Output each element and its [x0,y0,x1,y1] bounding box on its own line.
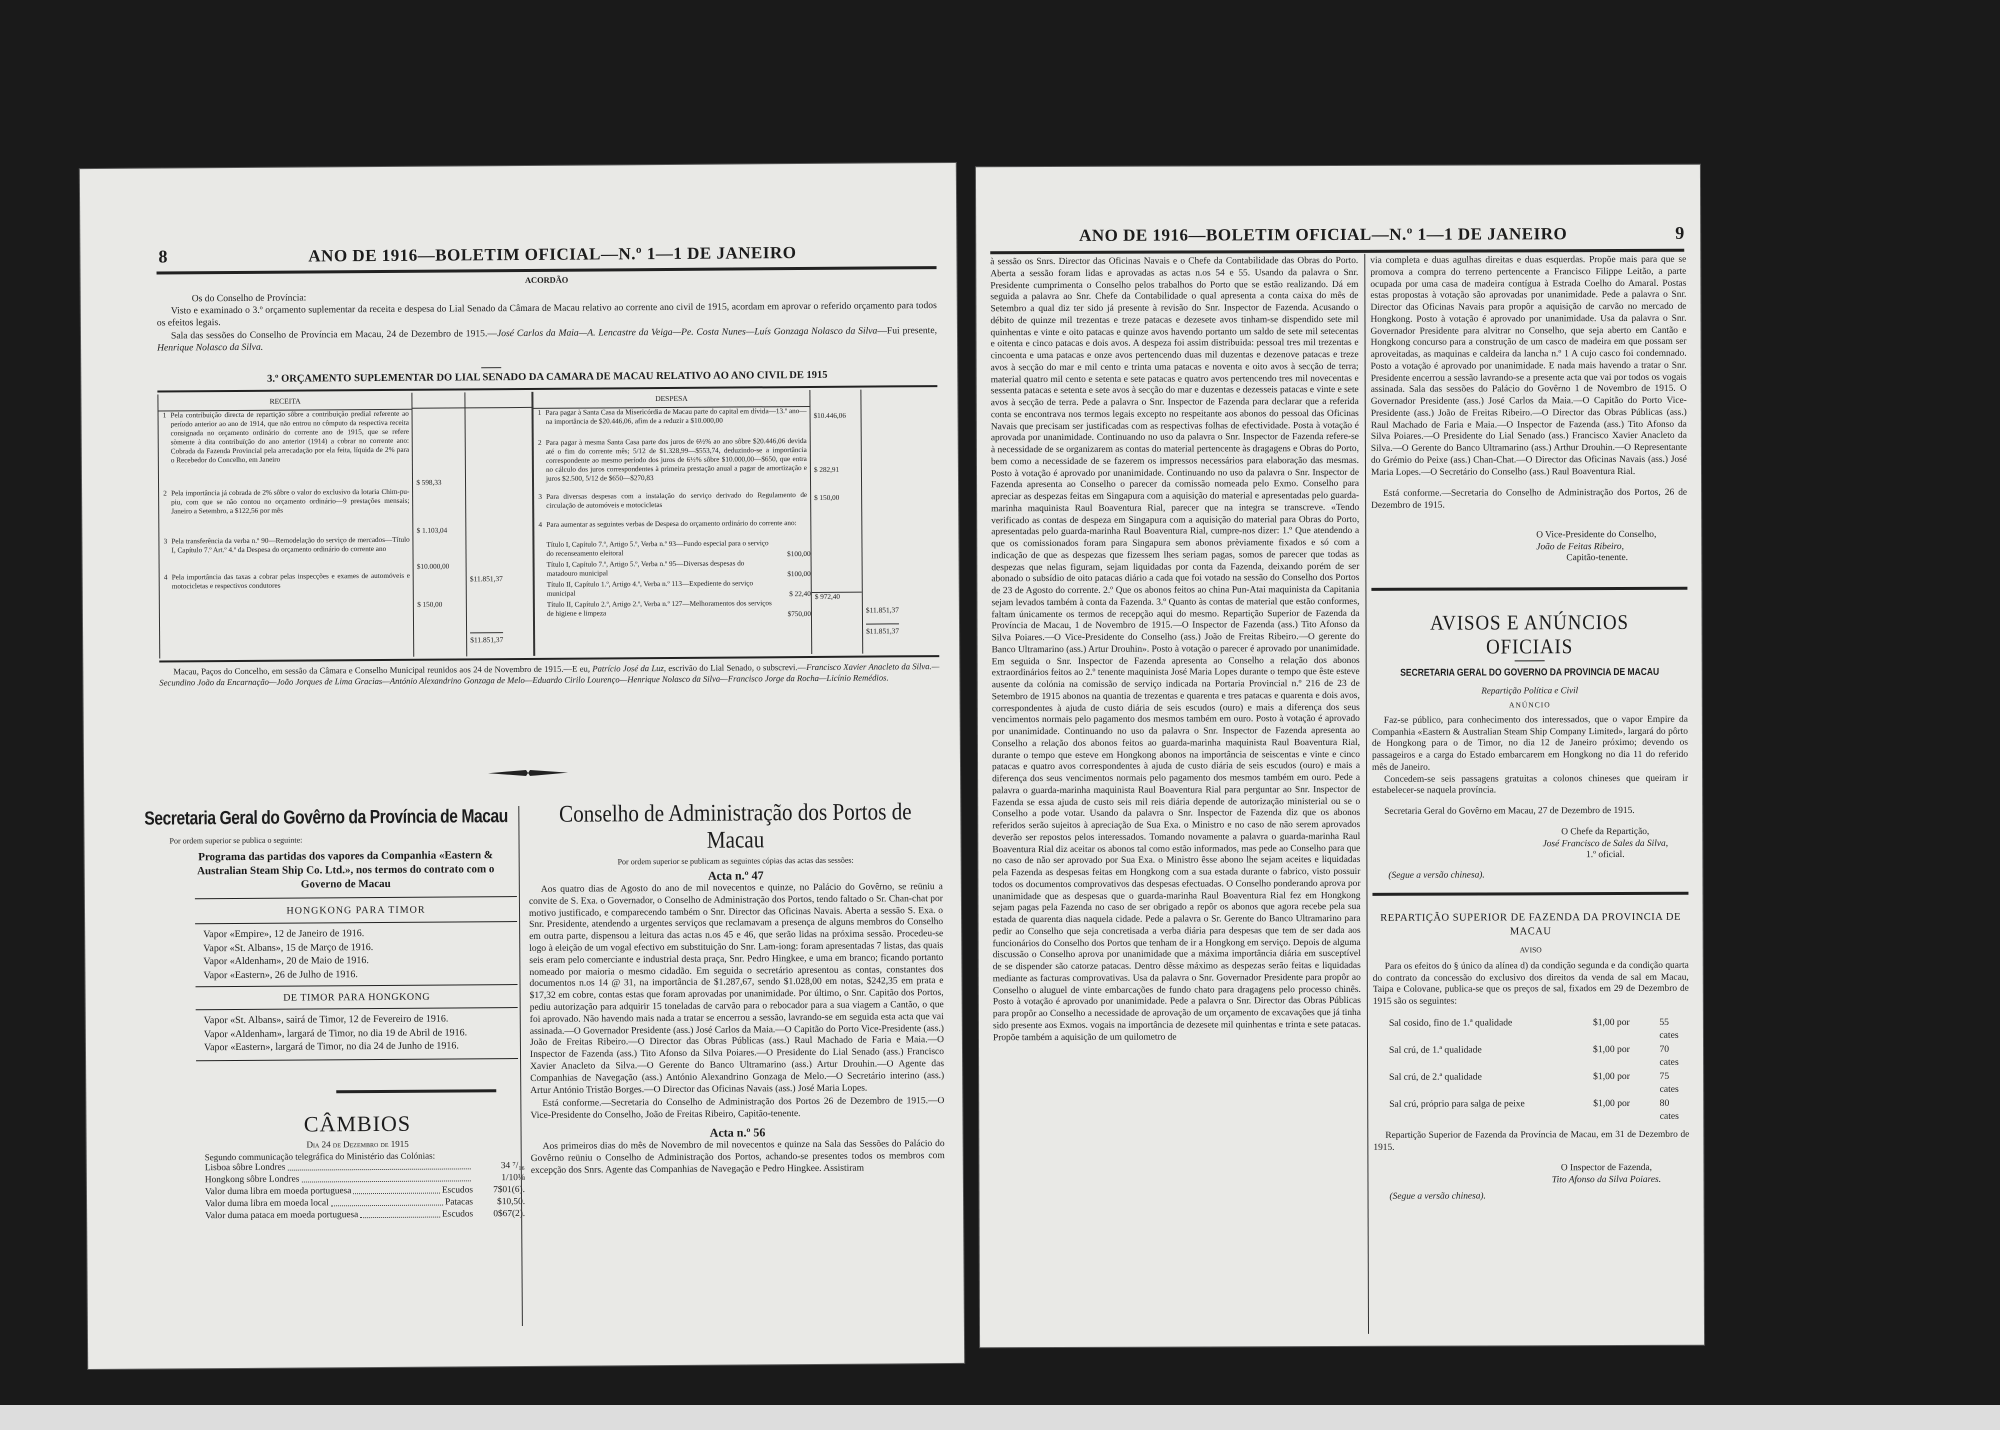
receita-subtotal: $11.851,37 [470,574,503,584]
signature-line: O Vice-Presidente do Conselho, [1536,530,1687,542]
short-rule [481,367,501,368]
fazenda-signature: O Inspector de Fazenda,Tito Afonso da Si… [1523,1163,1689,1187]
route2-title: DE TIMOR PARA HONGKONG [196,991,518,1004]
rate-value: $10,50. [479,1195,525,1207]
route1-title: HONGKONG PARA TIMOR [195,904,517,917]
row-amount: $10.446,06 [810,390,860,420]
cambios-rule [336,1089,496,1093]
despesa-header: DESPESA [533,390,809,409]
secretaria-title: Secretaria Geral do Govêrno da Província… [144,807,449,831]
conselho-portos-section: Conselho de Administração dos Portos de … [528,799,945,1177]
anuncio-place-date: Secretaria Geral do Govêrno em Macau, 27… [1372,806,1688,819]
rate-label: Valor duma libra em moeda portuguesa [205,1185,351,1198]
leader-dots [287,1160,470,1170]
subrow-description: Título II, Capítulo 1.º, Artigo 4.º, Ver… [547,579,775,601]
item4-total: $ 972,40 [812,592,862,601]
salt-quantity: 80 cates [1660,1097,1690,1124]
salt-item: Sal crú, próprio para salga de peixe [1389,1097,1593,1125]
salt-quantity: 55 cates [1659,1016,1689,1043]
secretaria-section: Secretaria Geral do Govêrno da Província… [124,806,519,1222]
right-page: ANO DE 1916—BOLETIM OFICIAL—N.º 1—1 DE J… [976,165,1704,1348]
signature-line: O Chefe da Repartição, [1522,827,1688,839]
row-number: 4 [534,521,546,541]
page-number-right: 9 [1654,223,1684,244]
despesa-totals: $11.851,37 $11.851,37 [860,389,939,654]
row-description: Para pagar à mesma Santa Casa parte dos … [546,437,810,493]
right-column: via completa e duas agulhas direitas e d… [1370,255,1689,1204]
fazenda-place-date: Repartição Superior de Fazenda da Provín… [1373,1130,1689,1155]
rate-value: 1/10⅛ [479,1171,525,1183]
conselho-portos-intro: Por ordem superior se publicam as seguin… [529,855,943,868]
budget-row: 4Pela importância das taxas a cobrar pel… [160,572,414,612]
rate-label: Valor duma libra em moeda local [205,1197,329,1210]
rate-unit: Patacas [445,1196,473,1208]
salt-item: Sal crú, de 2.ª qualidade [1389,1070,1593,1098]
row-number: 3 [534,493,546,521]
header-title-right: ANO DE 1916—BOLETIM OFICIAL—N.º 1—1 DE J… [992,224,1654,246]
left-page: 8 ANO DE 1916—BOLETIM OFICIAL—N.º 1—1 DE… [80,163,964,1369]
page-header-right: ANO DE 1916—BOLETIM OFICIAL—N.º 1—1 DE J… [992,223,1684,246]
salt-quantity: 75 cates [1660,1070,1690,1097]
acordao-block: Os do Conselho de Província: Visto e exa… [157,288,937,354]
receita-total: $11.851,37 [470,632,503,645]
salt-price-row: Sal crú, próprio para salga de peixe$1,0… [1389,1097,1689,1125]
ornament-divider-icon [488,770,568,777]
acordao-signatures: José Carlos da Maia—A. Lencastre da Veig… [497,325,877,339]
leader-dots [353,1184,440,1194]
salt-price: $1,00 por [1593,1097,1660,1124]
receita-column: RECEITA 1Pela contribuição directa de re… [157,393,413,659]
secretaria-intro: Por ordem superior se publica o seguinte… [169,834,516,846]
row-amount: $ 150,00 [414,570,466,608]
row-amount [811,502,861,522]
row-amount: $ 150,00 [811,474,861,502]
row-number: 2 [534,439,546,493]
row-number: 2 [159,489,171,537]
programa-title: Programa das partidas dos vapores da Com… [195,848,497,892]
signature-line: Tito Afonso da Silva Poiares. [1523,1175,1689,1187]
acta47-body: Aos quatro dias de Agosto do ano de mil … [529,882,944,1097]
budget-row: 2Para pagar à mesma Santa Casa parte dos… [534,437,810,493]
despesa-rows: 1Para pagar à Santa Casa da Misericórdia… [534,407,811,621]
acordao-present: —Fui presente, [877,325,937,336]
vice-president-signature: O Vice-Presidente do Conselho,João de Fe… [1536,530,1687,566]
row-number: 4 [160,573,172,611]
acordao-present-name: Henrique Nolasco da Silva. [157,342,263,354]
anuncio-label: ANÚNCIO [1372,700,1688,711]
salt-item: Sal crú, de 1.ª qualidade [1389,1043,1593,1071]
rate-unit: Escudos [442,1184,473,1196]
camara-note: Macau, Paços do Concelho, em sessão da C… [159,661,939,688]
exchange-rate-row: Valor duma pataca em moeda portuguesaEsc… [205,1207,525,1221]
budget-row: 4Para aumentar as seguintes verbas de De… [534,519,810,541]
signature-line: José Francisco de Sales da Silva, [1522,838,1688,850]
salt-item: Sal cosido, fino de 1.ª qualidade [1389,1016,1593,1044]
section-rule [1371,587,1687,591]
acta56-conclusion: via completa e duas agulhas direitas e d… [1370,255,1687,479]
rate-label: Hongkong sôbre Londres [205,1173,300,1186]
row-description: Para diversas despesas com a instalação … [546,491,810,521]
cambios-table: Lisboa sôbre Londres34 ⁷/₁₆Hongkong sôbr… [205,1159,525,1221]
budget-row: 1Para pagar à Santa Casa da Misericórdia… [534,407,810,439]
salt-quantity: 70 cates [1659,1043,1689,1070]
subrow-amount: $100,00 [774,550,810,559]
section-rule-2 [1372,892,1688,896]
subrow-amount: $750,00 [775,610,811,619]
acordao-title: ACORDÃO [157,273,937,288]
salt-price-row: Sal crú, de 2.ª qualidade$1,00 por75 cat… [1389,1070,1689,1098]
budget-subrow: Título II, Capítulo 2.º, Artigo 2.º, Ver… [535,599,811,621]
anuncio-body2: Concedem-se seis passagens gratuitas a c… [1372,773,1688,798]
budget-subrow: Título I, Capítulo 7.º, Artigo 5.º, Verb… [534,539,810,561]
signature-line: João de Feitas Ribeiro, [1536,541,1687,553]
rate-unit: Escudos [442,1208,473,1220]
acta56-conforme: Está conforme.—Secretaria do Conselho de… [1371,488,1687,513]
microfilm-edge [0,1405,2000,1430]
fazenda-body: Para os efeitos do § único da alínea d) … [1373,961,1689,1009]
despesa-amounts: $10.446,06$ 282,91$ 150,00$ 972,40 [809,390,862,654]
row-description: Pela importância já cobrada de 2% sôbre … [171,488,413,538]
subrow-description: Título I, Capítulo 7.º, Artigo 5.º, Verb… [547,559,775,581]
leader-dots [301,1172,471,1182]
row-number: 1 [534,409,546,439]
route1-list: Vapor «Empire», 12 de Janeiro de 1916.Va… [203,926,517,982]
row-description: Pela contribuição directa de repartição … [171,410,413,490]
avisos-reparticao: Repartição Política e Civil [1372,685,1688,696]
acordao-closing: Sala das sessões do Conselho de Provínci… [171,328,497,341]
avisos-title: AVISOS E ANÚNCIOS OFICIAIS [1387,610,1672,659]
row-number: 3 [159,537,171,573]
conselho-portos-title: Conselho de Administração dos Portos de … [553,799,918,856]
salt-price: $1,00 por [1593,1043,1660,1070]
receita-rows: 1Pela contribuição directa de repartição… [159,410,414,612]
fazenda-aviso: AVISO [1373,945,1689,956]
row-description: Pela transferência da verba n.º 90—Remod… [171,536,413,574]
receita-section: RECEITA 1Pela contribuição directa de re… [157,392,535,659]
row-description: Pela importância das taxas a cobrar pela… [172,572,414,612]
avisos-secretaria-title: SECRETARIA GERAL DO GOVERNO DA PROVINCIA… [1395,667,1664,680]
anuncio-chinese-note: (Segue a versão chinesa). [1388,870,1688,883]
budget-row: 3Pela transferência da verba n.º 90—Remo… [159,536,413,574]
column-divider-right [1364,254,1369,1334]
budget-row: 2Pela importância já cobrada de 2% sôbre… [159,488,413,538]
header-rule-right [990,249,1684,254]
fazenda-chinese-note: (Segue a versão chinesa). [1390,1191,1690,1204]
salt-price-table: Sal cosido, fino de 1.ª qualidade$1,00 p… [1389,1016,1689,1125]
signature-line: 1.º oficial. [1522,850,1688,862]
budget-subrow: Título I, Capítulo 7.º, Artigo 5.º, Verb… [535,559,811,581]
anuncio-body1: Faz-se público, para conhecimento dos in… [1372,715,1688,775]
budget-row: 1Pela contribuição directa de repartição… [159,410,413,490]
acta56-continued: à sessão os Snrs. Director das Oficinas … [990,256,1361,1045]
row-number: 1 [159,411,172,489]
signature-line: Capitão-tenente. [1536,553,1687,565]
subrow-amount: $100,00 [775,570,811,579]
budget-title: 3.º ORÇAMENTO SUPLEMENTAR DO LIAL SENADO… [157,369,937,387]
acta56-body: Aos primeiros dias do mês de Novembro de… [531,1139,945,1177]
row-amount: $ 282,91 [811,420,861,474]
leader-dots [331,1196,444,1206]
page-number: 8 [158,246,188,267]
despesa-subtotal: $11.851,37 [866,605,899,615]
rate-value: 0$67(2). [479,1207,525,1219]
despesa-total: $11.851,37 [866,623,899,636]
route2-list: Vapor «St. Albans», sairá de Timor, 12 d… [204,1012,518,1055]
page-header: 8 ANO DE 1916—BOLETIM OFICIAL—N.º 1—1 DE… [158,241,916,267]
header-title: ANO DE 1916—BOLETIM OFICIAL—N.º 1—1 DE J… [188,242,916,267]
row-description: Para aumentar as seguintes verbas de Des… [546,519,810,541]
receita-amounts: $ 598,33$ 1.103,04$10.000,00$ 150,00 [412,392,467,656]
subrow-description: Título II, Capítulo 2.º, Artigo 2.º, Ver… [547,599,775,621]
receita-totals: $11.851,37 $11.851,37 [465,392,534,656]
acta47-conforme: Está conforme.—Secretaria do Conselho de… [530,1096,944,1122]
despesa-column: DESPESA 1Para pagar à Santa Casa da Mise… [533,390,811,656]
subrow-description: Título I, Capítulo 7.º, Artigo 5.º, Verb… [546,539,774,561]
salt-price: $1,00 por [1593,1016,1660,1043]
budget-table: RECEITA 1Pela contribuição directa de re… [157,389,939,658]
rate-label: Valor duma pataca em moeda portuguesa [205,1209,358,1222]
row-amount: $ 1.103,04 [413,486,465,534]
row-description: Para pagar à Santa Casa da Misericórdia … [546,407,810,439]
row-amount: $10.000,00 [414,534,466,570]
column-divider [518,806,523,1326]
budget-subrow: Título II, Capítulo 1.º, Artigo 4.º, Ver… [535,579,811,601]
budget-row: 3Para diversas despesas com a instalação… [534,491,810,521]
cambios-date: Dia 24 de Dezembro de 1915 [197,1138,519,1150]
anuncio-signature: O Chefe da Repartição,José Francisco de … [1522,827,1688,863]
salt-price-row: Sal crú, de 1.ª qualidade$1,00 por70 cat… [1389,1043,1689,1071]
salt-price: $1,00 por [1593,1070,1660,1097]
receita-header: RECEITA [158,393,411,412]
fazenda-title: REPARTIÇÃO SUPERIOR DE FAZENDA DA PROVIN… [1373,911,1689,940]
signature-line: O Inspector de Fazenda, [1523,1163,1689,1175]
rate-value: 7$01(6). [479,1183,525,1195]
cambios-title: CÂMBIOS [196,1110,518,1138]
schedule-item: Vapor «Eastern», 26 de Julho de 1916. [203,967,517,983]
salt-price-row: Sal cosido, fino de 1.ª qualidade$1,00 p… [1389,1016,1689,1044]
subrow-amount: $ 22,40 [775,590,811,599]
despesa-section: DESPESA 1Para pagar à Santa Casa da Mise… [533,389,939,656]
rate-value: 34 ⁷/₁₆ [479,1159,525,1171]
schedule-item: Vapor «Eastern», largará de Timor, no di… [204,1039,518,1055]
rate-label: Lisboa sôbre Londres [205,1161,286,1174]
row-amount: $ 598,33 [413,408,465,486]
leader-dots [360,1208,440,1218]
